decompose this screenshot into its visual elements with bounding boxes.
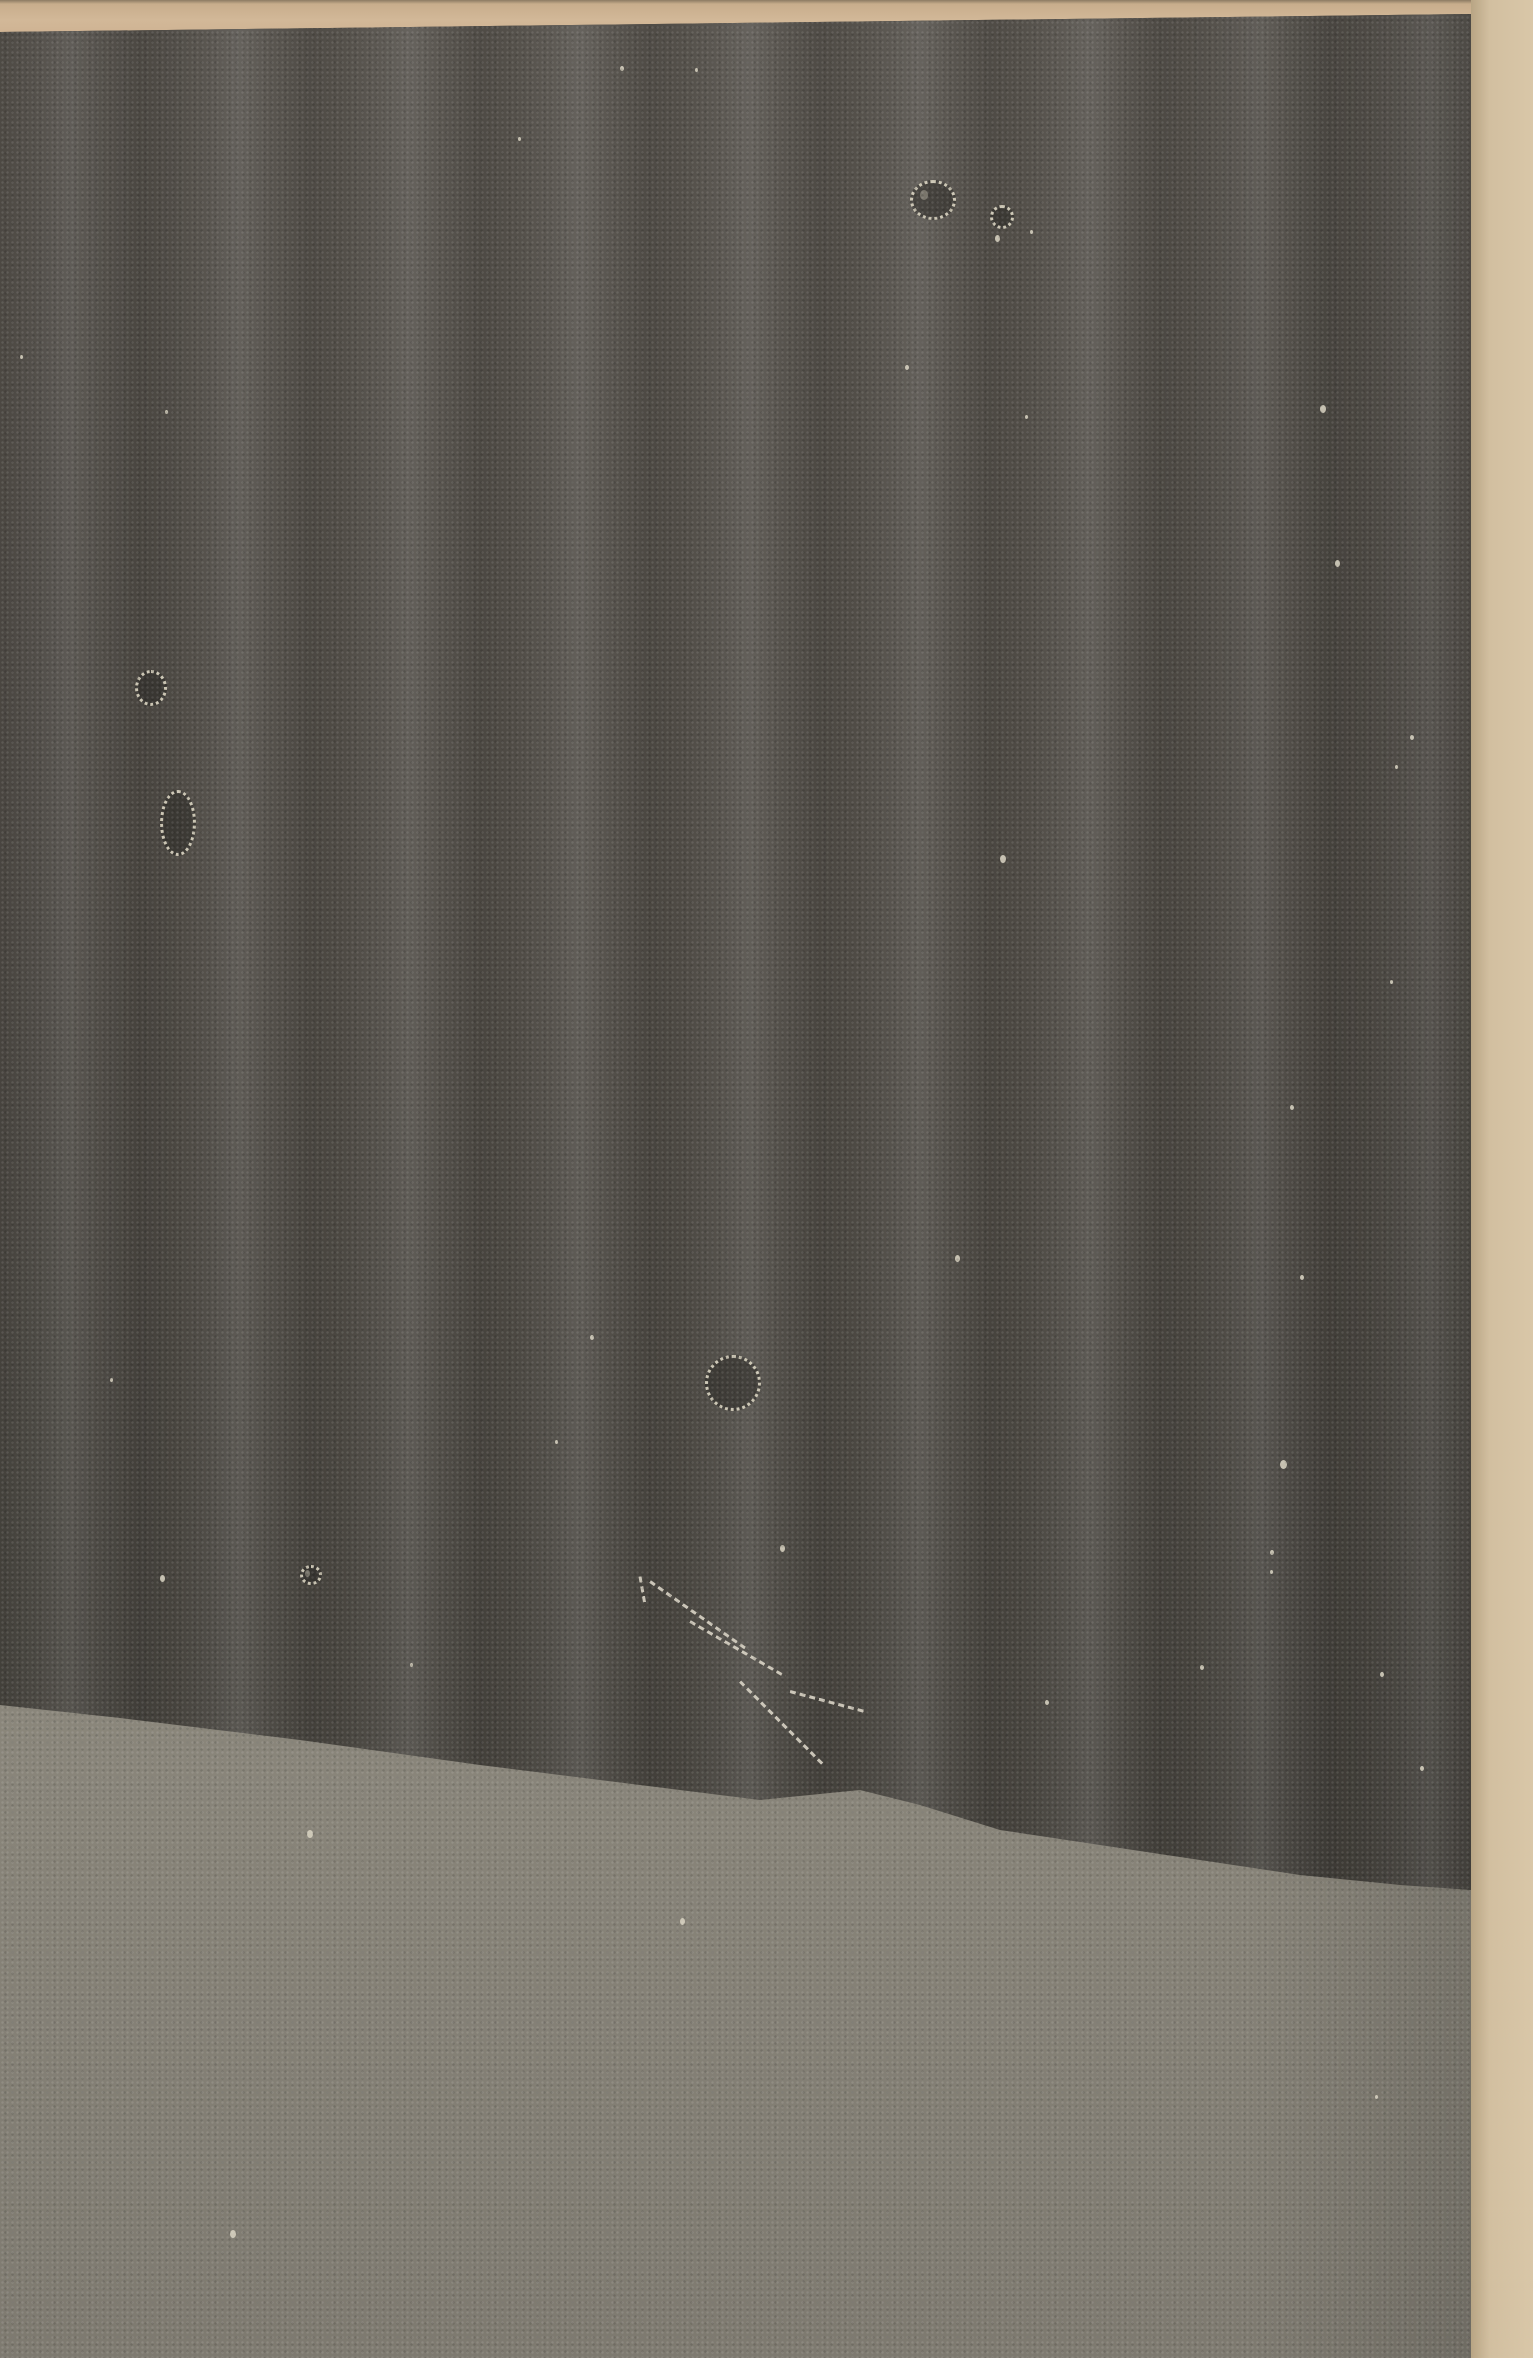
dust-speck bbox=[230, 2230, 236, 2238]
dust-speck bbox=[955, 1255, 960, 1262]
dust-speck bbox=[1335, 560, 1340, 567]
dust-speck bbox=[1390, 980, 1393, 984]
dust-speck bbox=[1375, 2095, 1378, 2099]
dust-speck bbox=[1395, 765, 1398, 769]
dust-speck bbox=[1320, 405, 1326, 413]
dust-speck bbox=[1025, 415, 1028, 419]
dust-speck bbox=[1280, 1460, 1287, 1469]
dust-speck bbox=[680, 1918, 685, 1925]
ring-blemish bbox=[300, 1565, 322, 1585]
photograph bbox=[0, 0, 1471, 2358]
ring-blemish bbox=[160, 790, 196, 856]
dust-speck bbox=[555, 1440, 558, 1444]
dust-speck bbox=[518, 137, 521, 141]
dust-speck bbox=[410, 1663, 413, 1667]
dust-speck bbox=[995, 235, 1000, 242]
dust-speck bbox=[1030, 230, 1033, 234]
ring-blemish bbox=[910, 180, 956, 220]
ring-blemish bbox=[705, 1355, 761, 1411]
dust-speck bbox=[110, 1378, 113, 1382]
ring-blemish bbox=[990, 205, 1014, 229]
dust-speck bbox=[780, 1545, 785, 1552]
dust-speck bbox=[1000, 855, 1006, 863]
dust-speck bbox=[165, 410, 168, 414]
dust-speck bbox=[1270, 1570, 1273, 1574]
floor-area bbox=[0, 0, 1471, 2358]
ring-blemish bbox=[135, 670, 167, 706]
dust-speck bbox=[20, 355, 23, 359]
page-right-margin bbox=[1471, 0, 1533, 2358]
dust-speck bbox=[307, 1830, 313, 1838]
dust-speck bbox=[695, 68, 698, 72]
dust-speck bbox=[160, 1575, 165, 1582]
